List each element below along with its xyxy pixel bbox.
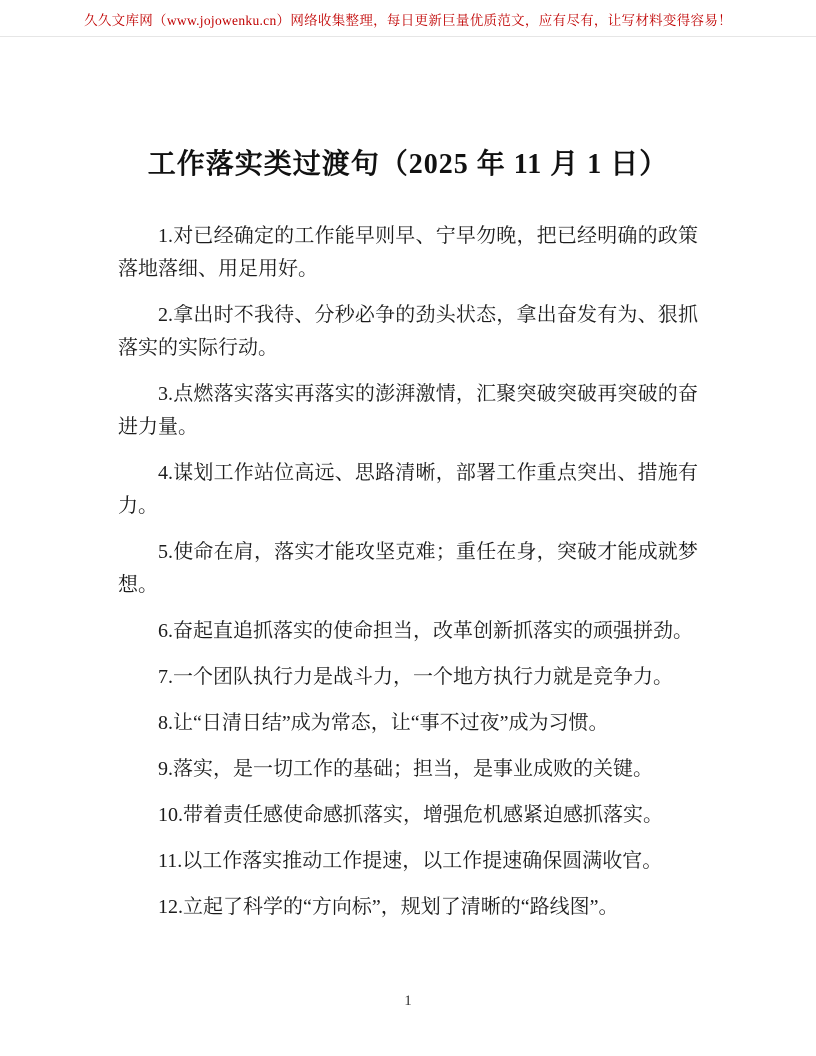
document-page: 久久文库网（www.jojowenku.cn）网络收集整理，每日更新巨量优质范文…	[0, 0, 816, 1056]
paragraph-5: 5.使命在肩，落实才能攻坚克难；重任在身，突破才能成就梦想。	[118, 536, 698, 602]
paragraph-10: 10.带着责任感使命感抓落实，增强危机感紧迫感抓落实。	[118, 799, 698, 832]
paragraph-3: 3.点燃落实落实再落实的澎湃激情，汇聚突破突破再突破的奋进力量。	[118, 378, 698, 444]
paragraph-11: 11.以工作落实推动工作提速，以工作提速确保圆满收官。	[118, 845, 698, 878]
paragraph-12: 12.立起了科学的“方向标”，规划了清晰的“路线图”。	[118, 891, 698, 924]
paragraph-2: 2.拿出时不我待、分秒必争的劲头状态，拿出奋发有为、狠抓落实的实际行动。	[118, 299, 698, 365]
document-title: 工作落实类过渡句（2025 年 11 月 1 日）	[118, 142, 698, 182]
paragraph-4: 4.谋划工作站位高远、思路清晰，部署工作重点突出、措施有力。	[118, 457, 698, 523]
site-watermark-header: 久久文库网（www.jojowenku.cn）网络收集整理，每日更新巨量优质范文…	[0, 0, 816, 37]
paragraph-6: 6.奋起直追抓落实的使命担当，改革创新抓落实的顽强拼劲。	[118, 615, 698, 648]
document-body: 工作落实类过渡句（2025 年 11 月 1 日） 1.对已经确定的工作能早则早…	[0, 0, 816, 924]
paragraph-9: 9.落实，是一切工作的基础；担当，是事业成败的关键。	[118, 753, 698, 786]
paragraph-1: 1.对已经确定的工作能早则早、宁早勿晚，把已经明确的政策落地落细、用足用好。	[118, 220, 698, 286]
paragraph-8: 8.让“日清日结”成为常态，让“事不过夜”成为习惯。	[118, 707, 698, 740]
paragraph-7: 7.一个团队执行力是战斗力，一个地方执行力就是竞争力。	[118, 661, 698, 694]
page-number: 1	[0, 993, 816, 1010]
